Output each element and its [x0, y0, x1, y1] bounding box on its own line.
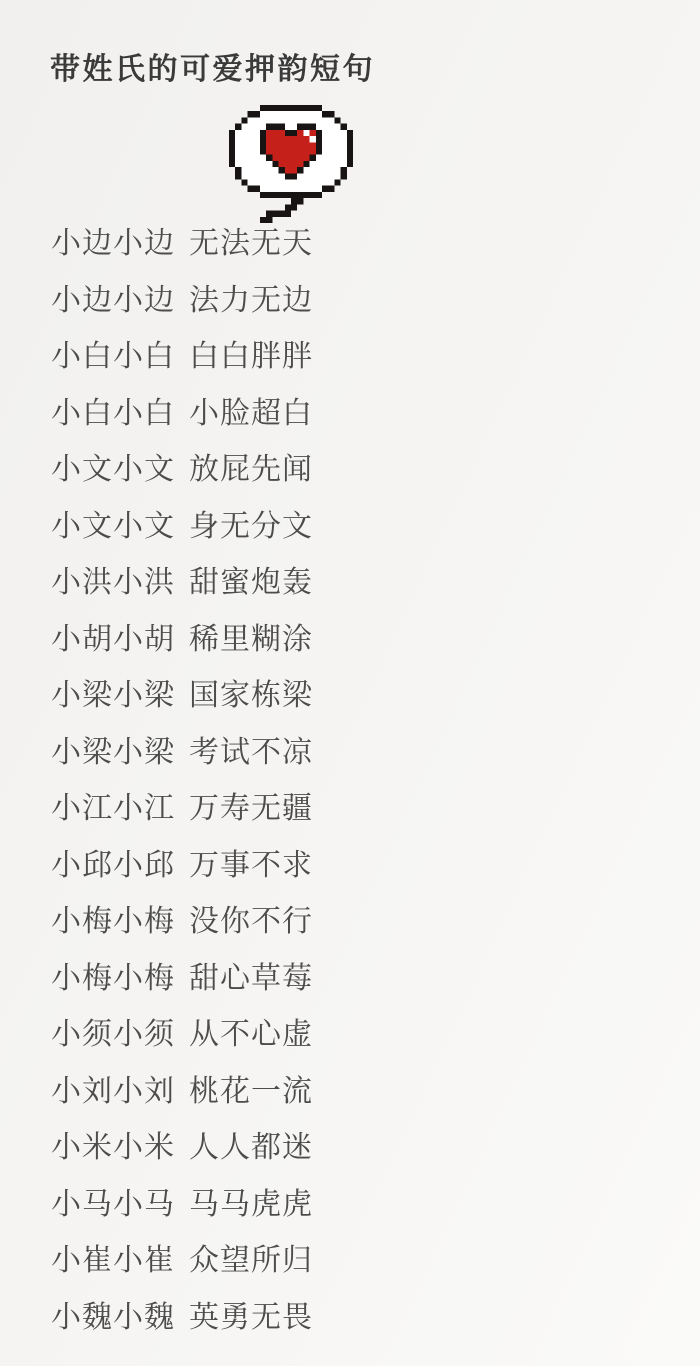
rhyme-line: 小马小马马马虎虎: [0, 1173, 700, 1230]
phrase-text: 身无分文: [189, 501, 313, 545]
nickname-text: 小洪小洪: [51, 557, 175, 601]
phrase-text: 从不心虚: [189, 1009, 313, 1053]
rhyme-line: 小白小白小脸超白: [0, 382, 700, 439]
phrase-text: 万寿无疆: [189, 783, 313, 827]
nickname-text: 小梁小梁: [51, 727, 175, 771]
nickname-text: 小马小马: [51, 1179, 175, 1223]
phrase-text: 甜蜜炮轰: [189, 557, 313, 601]
nickname-text: 小梅小梅: [51, 896, 175, 940]
nickname-text: 小须小须: [51, 1009, 175, 1053]
phrase-text: 放屁先闻: [189, 444, 313, 488]
rhyme-line: 小梅小梅甜心草莓: [0, 947, 700, 1004]
rhyme-line: 小胡小胡稀里糊涂: [0, 608, 700, 665]
nickname-text: 小邱小邱: [51, 840, 175, 884]
nickname-text: 小边小边: [51, 218, 175, 262]
rhyme-line: 小魏小魏英勇无畏: [0, 1286, 700, 1343]
nickname-text: 小魏小魏: [51, 1292, 175, 1336]
rhyme-line: 小洪小洪甜蜜炮轰: [0, 551, 700, 608]
rhyme-line: 小刘小刘桃花一流: [0, 1060, 700, 1117]
page-title: 带姓氏的可爱押韵短句: [50, 52, 700, 88]
rhyme-line: 小米小米人人都迷: [0, 1116, 700, 1173]
rhyme-line: 小边小边无法无天: [0, 212, 700, 269]
nickname-text: 小梅小梅: [51, 953, 175, 997]
phrase-text: 考试不凉: [189, 727, 313, 771]
pixel-heart-speech-bubble-icon: [228, 105, 354, 223]
phrase-text: 众望所归: [189, 1235, 313, 1279]
nickname-text: 小米小米: [51, 1122, 175, 1166]
rhyme-line: 小梁小梁考试不凉: [0, 721, 700, 778]
nickname-text: 小白小白: [51, 388, 175, 432]
phrase-text: 人人都迷: [189, 1122, 313, 1166]
phrase-text: 无法无天: [189, 218, 313, 262]
phrase-text: 白白胖胖: [189, 331, 313, 375]
nickname-text: 小文小文: [51, 444, 175, 488]
rhyme-line: 小白小白白白胖胖: [0, 325, 700, 382]
rhyme-line: 小须小须从不心虚: [0, 1003, 700, 1060]
rhyme-line: 小边小边法力无边: [0, 269, 700, 326]
phrase-text: 万事不求: [189, 840, 313, 884]
rhyme-list: 小边小边无法无天 小边小边法力无边 小白小白白白胖胖 小白小白小脸超白 小文小文…: [0, 212, 700, 1342]
rhyme-line: 小崔小崔众望所归: [0, 1229, 700, 1286]
phrase-text: 稀里糊涂: [189, 614, 313, 658]
nickname-text: 小梁小梁: [51, 670, 175, 714]
nickname-text: 小胡小胡: [51, 614, 175, 658]
phrase-text: 英勇无畏: [189, 1292, 313, 1336]
phrase-text: 没你不行: [189, 896, 313, 940]
nickname-text: 小白小白: [51, 331, 175, 375]
rhyme-line: 小文小文身无分文: [0, 495, 700, 552]
phrase-text: 甜心草莓: [189, 953, 313, 997]
nickname-text: 小文小文: [51, 501, 175, 545]
nickname-text: 小刘小刘: [51, 1066, 175, 1110]
phrase-text: 马马虎虎: [189, 1179, 313, 1223]
phrase-text: 桃花一流: [189, 1066, 313, 1110]
rhyme-line: 小梅小梅没你不行: [0, 890, 700, 947]
nickname-text: 小边小边: [51, 275, 175, 319]
nickname-text: 小崔小崔: [51, 1235, 175, 1279]
rhyme-line: 小江小江万寿无疆: [0, 777, 700, 834]
rhyme-line: 小梁小梁国家栋梁: [0, 664, 700, 721]
rhyme-line: 小文小文放屁先闻: [0, 438, 700, 495]
nickname-text: 小江小江: [51, 783, 175, 827]
phrase-text: 小脸超白: [189, 388, 313, 432]
phrase-text: 国家栋梁: [189, 670, 313, 714]
rhyme-line: 小邱小邱万事不求: [0, 834, 700, 891]
phrase-text: 法力无边: [189, 275, 313, 319]
